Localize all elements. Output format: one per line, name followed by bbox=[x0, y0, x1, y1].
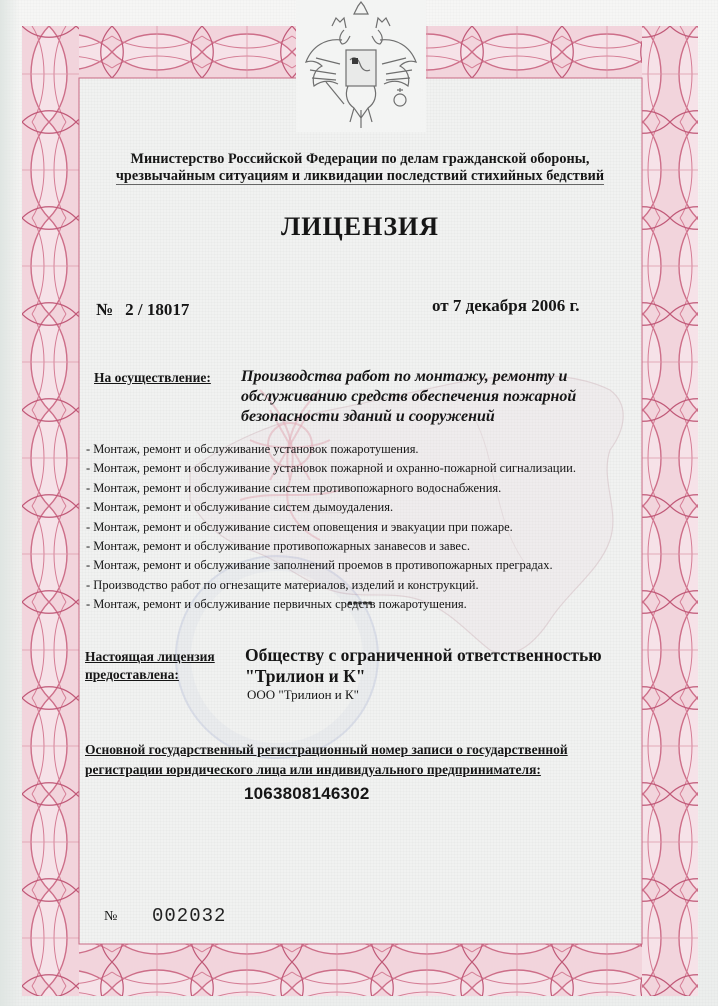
issuing-authority-line2: чрезвычайным ситуациям и ликвидации посл… bbox=[116, 168, 604, 185]
license-number-value: 2 / 18017 bbox=[125, 300, 189, 319]
number-sign: № bbox=[96, 300, 113, 319]
issuing-authority: Министерство Российской Федерации по дел… bbox=[80, 151, 640, 185]
ogrn-label: Основной государственный регистрационный… bbox=[85, 740, 568, 780]
list-item: - Монтаж, ремонт и обслуживание установо… bbox=[86, 459, 576, 478]
document-title: ЛИЦЕНЗИЯ bbox=[80, 212, 640, 242]
list-item: - Монтаж, ремонт и обслуживание систем д… bbox=[86, 498, 576, 517]
ogrn-label-line2: регистрации юридического лица или индиви… bbox=[85, 760, 568, 780]
list-item: - Монтаж, ремонт и обслуживание систем о… bbox=[86, 518, 576, 537]
license-number: №2 / 18017 bbox=[96, 300, 189, 320]
purpose-text: Производства работ по монтажу, ремонту и… bbox=[241, 367, 631, 427]
section-separator: ***** bbox=[80, 600, 640, 611]
blank-serial-number: 002032 bbox=[152, 905, 226, 927]
list-item: - Монтаж, ремонт и обслуживание заполнен… bbox=[86, 556, 576, 575]
blank-number-sign: № bbox=[104, 909, 117, 925]
licensed-works-list: - Монтаж, ремонт и обслуживание установо… bbox=[86, 440, 576, 615]
scan-edge-shadow bbox=[0, 0, 20, 1006]
list-item: - Производство работ по огнезащите матер… bbox=[86, 576, 576, 595]
state-emblem-eagle-icon bbox=[296, 0, 426, 132]
issuing-authority-line1: Министерство Российской Федерации по дел… bbox=[80, 151, 640, 168]
list-item: - Монтаж, ремонт и обслуживание систем п… bbox=[86, 479, 576, 498]
ogrn-label-line1: Основной государственный регистрационный… bbox=[85, 740, 568, 760]
list-item: - Монтаж, ремонт и обслуживание установо… bbox=[86, 440, 576, 459]
organization-full-name-line2: "Трилион и К" bbox=[245, 666, 602, 687]
organization-short-name: ООО "Трилион и К" bbox=[247, 687, 359, 703]
license-date: от 7 декабря 2006 г. bbox=[432, 296, 580, 316]
ogrn-value: 1063808146302 bbox=[244, 784, 370, 804]
list-item: - Монтаж, ремонт и обслуживание противоп… bbox=[86, 537, 576, 556]
organization-full-name: Обществу с ограниченной ответственностью… bbox=[245, 645, 602, 686]
organization-full-name-line1: Обществу с ограниченной ответственностью bbox=[245, 645, 602, 666]
purpose-label: На осуществление: bbox=[94, 370, 211, 386]
granted-to-label: Настоящая лицензия предоставлена: bbox=[85, 648, 245, 684]
